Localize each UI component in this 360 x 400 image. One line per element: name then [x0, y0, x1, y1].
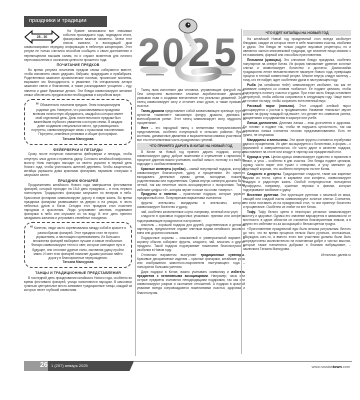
heading-gifts: ЧТО ПРИНЯТО ДАРИТЬ В КИТАЕ НА НОВЫЙ ГОД [137, 143, 245, 149]
issue-label: 1 (257) январь 2025 [51, 361, 88, 371]
paragraph-food-gifts: Продукты и напитки – практичные подарки,… [137, 192, 245, 200]
paragraph-dances: В последний день празднования китайского… [24, 276, 132, 292]
quote-author: Татьяна Мансурова [30, 137, 126, 141]
heading-lantern-festival: ПРАЗДНИК ФОНАРЕЙ [24, 179, 132, 183]
paragraph-lantern-festival: Продолжением китайского Нового года заве… [24, 183, 132, 220]
list-item: сладости в красивых подарочных упаковках… [137, 214, 245, 222]
quote-author: Татьяна Мансурова [30, 260, 126, 264]
column-2: Танец льва исполняют два человека, управ… [137, 88, 245, 295]
footer-rule [134, 361, 352, 362]
section-header: праздники и традиции [24, 16, 107, 27]
page-number: 26 [40, 361, 48, 371]
quote-text: Конечно, люди часто соревновались между … [31, 226, 126, 260]
paragraph-dumplings: Пельмени (цзяоцзы). Это ключевое блюдо п… [243, 58, 351, 83]
paragraph-baskets: Подарочные корзины – изысканный и универ… [137, 236, 245, 252]
column-divider [241, 29, 242, 354]
paragraph-fireworks: Сразу после полуночи начинается фейервер… [24, 152, 132, 177]
heading-dances: ТАНЦЫ И ТРАДИЦИОННЫЕ ПРЕДСТАВЛЕНИЯ [24, 271, 132, 275]
heading-fireworks: ФЕЙЕРВЕРКИ И ПЕТАРДЫ [24, 148, 132, 152]
website-link[interactable]: www.russiantown.com [312, 365, 350, 369]
paragraph-mandarins: Мандарины и апельсины. Эти яркие фрукты … [243, 138, 351, 154]
paragraph-tofu: Тофу. Тофу белого цвета в некоторых реги… [243, 210, 351, 226]
paragraph-food-intro: На китайский Новый год праздничный стол … [243, 37, 351, 57]
paragraph-noodles: Лапша долголетия. Длинная лапша – знак д… [243, 121, 351, 137]
paragraph-fish: Рыба (на китайском «юй») символизирует и… [243, 83, 351, 103]
source-credit: Источник: gazeta.ru [243, 253, 351, 257]
paragraph-yangge: Янге – это народный танец с элементами т… [137, 126, 245, 142]
paragraph-lion-dance: Танец льва исполняют два человека, управ… [137, 88, 245, 108]
quote-box-1: “Обязательно почитаем предков. Этим пози… [24, 99, 132, 145]
paragraph-dragon-dance: Танец дракона представляет собой захваты… [137, 109, 245, 125]
date-label: 28 - 30 [24, 35, 60, 39]
column-divider [135, 88, 136, 356]
paragraph-closing-quote: «Приготовление праздничной еды было весь… [243, 227, 351, 252]
page-footer: 26 1 (257) январь 2025 www.russiantown.c… [24, 358, 352, 372]
quote-text: Обязательно почитаем предков. Этим позиц… [32, 103, 125, 137]
paragraph-sweets: Сладости и десерты. Традиционные сладост… [243, 172, 351, 192]
quote-box-2: “Конечно, люди часто соревновались между… [24, 222, 132, 268]
paragraph-ancestors: Во время ритуала почитания предков семьи… [24, 68, 132, 97]
column-1: 28 - 30 На бумаге записывали все значимы… [24, 29, 132, 293]
paragraph-gifts: В Китае на Новый год принято дарить пода… [137, 150, 245, 166]
list-item: чай, особенно качественные сорта: наприм… [137, 210, 245, 214]
quote-mark-icon: “ [30, 226, 33, 232]
paragraph-red-envelopes: Красные конверты (хунбао) – самый популя… [137, 167, 245, 192]
paragraph-souvenirs: Отличным вариантом выступают традиционны… [137, 253, 245, 269]
paragraph-chicken-duck: Курица и утка. Целая курица символизируе… [243, 155, 351, 171]
heading-ancestors: ПОЧИТАНИЕ ПРЕДКОВ [24, 63, 132, 67]
newspaper-page: праздники и традиции 28 - 30 На бумаге з… [24, 12, 352, 357]
paragraph-spring-rolls: Весенние рулетики. Эти хрустящие рулетик… [243, 193, 351, 209]
paragraph-symbolism: Даря подарки в Китае, важно учитывать си… [137, 270, 245, 295]
list-item: алкоголь – хороший подарок для друзей, р… [137, 223, 245, 235]
paragraph-rice-cake: Рисовый пирог (няньгао). Этот сладкий кл… [243, 104, 351, 120]
column-3: ЧТО ЕДЯТ КИТАЙЦЫ НА НОВЫЙ ГОД На китайск… [243, 29, 351, 258]
list-item: фрукты: апельсины, мандарины и апельсины… [137, 201, 245, 209]
date-badge: 28 - 30 [24, 30, 60, 44]
heading-food: ЧТО ЕДЯТ КИТАЙЦЫ НА НОВЫЙ ГОД [243, 30, 351, 36]
snake-2025-illustration: 2 0 2 5 [134, 14, 244, 86]
